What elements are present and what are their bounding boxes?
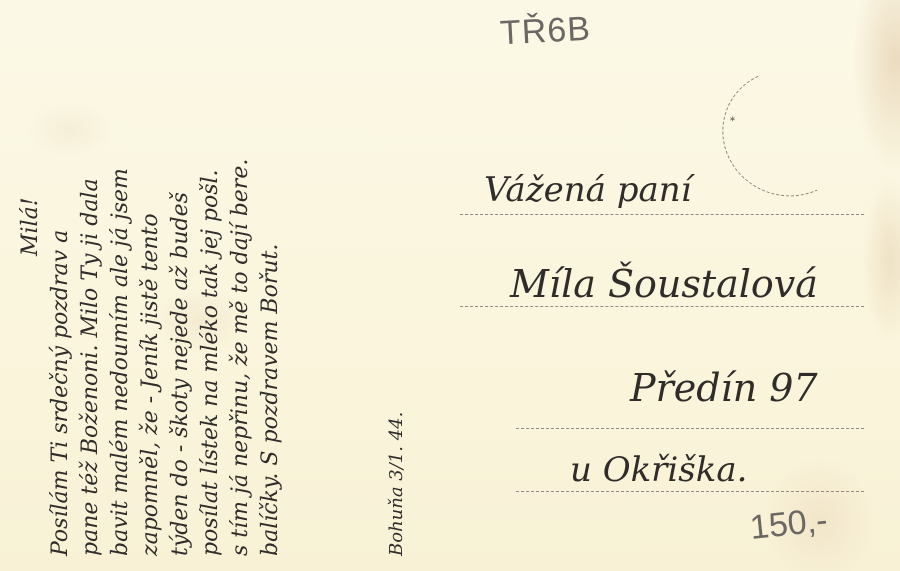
address-care-of: u Okřiška.: [570, 450, 747, 490]
reference-code: TŘ6B: [499, 10, 592, 54]
address-line-4: [516, 491, 864, 492]
message-line: zapomněl, že - Jeník jistě tento: [136, 36, 166, 556]
message-line: balíčky. S pozdravem Bořut.: [256, 36, 286, 556]
message-body: Milá! Posílám Ti srdečný pozdrav a pane …: [16, 36, 436, 556]
address-line-1: [460, 214, 864, 215]
address-line-3: [516, 428, 864, 429]
price-note: 150,-: [748, 501, 829, 548]
address-salutation: Vážená paní: [484, 170, 692, 210]
address-street: Předín 97: [630, 366, 818, 410]
postcard: TŘ6B * Vážená paní Míla Šoustalová Předí…: [0, 0, 900, 571]
message-line: posílat lístek na mléko tak jej pošl.: [196, 36, 226, 556]
postmark-stamp-circle: [704, 51, 871, 215]
postmark-mark: *: [730, 116, 735, 127]
address-line-2: [460, 306, 864, 307]
address-name: Míla Šoustalová: [510, 262, 818, 306]
message-line: Posílám Ti srdečný pozdrav a: [46, 36, 76, 556]
message-line: s tím já nepřinu, že mě to dají bere.: [226, 36, 256, 556]
message-line: pane též Boženoni. Milo Ty ji dala: [76, 36, 106, 556]
message-line: bavit malém nedoumím ale já jsem: [106, 36, 136, 556]
message-line: týden do - škoty nejede až budeš: [166, 36, 196, 556]
message-greeting: Milá!: [16, 36, 46, 556]
